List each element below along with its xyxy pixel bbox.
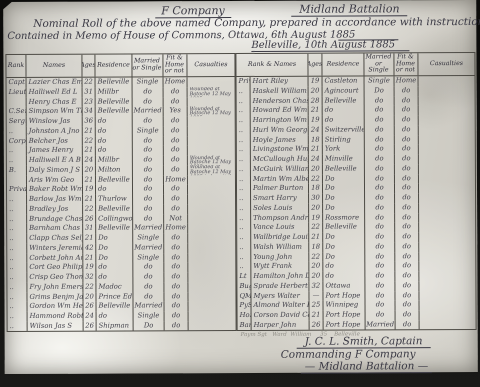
residence-cell: do (96, 136, 133, 146)
name-cell: Aris Wm Geo (27, 175, 83, 185)
name-cell: Winters Jeremiah (27, 243, 83, 253)
residence-cell: Do (96, 253, 133, 263)
age-cell: 21 (83, 234, 96, 244)
table-row: Band Harper John 26 Port Hope Married do (238, 320, 476, 331)
home-cell: do (395, 291, 419, 301)
casualty-cell (188, 136, 235, 146)
residence-cell: Belleville (323, 223, 365, 233)
casualty-cell (188, 116, 235, 126)
rank-cell: Corpl (7, 136, 27, 146)
casualty-cell: Wounded at Batoche 12 May 1885 (188, 87, 235, 97)
residence-cell: Port Hope (324, 320, 366, 330)
age-cell: 22 (309, 174, 323, 184)
casualty-cell (419, 144, 475, 154)
age-cell: 20 (83, 292, 96, 302)
casualty-cell (419, 154, 475, 164)
home-cell: do (395, 144, 419, 154)
age-cell: 24 (309, 155, 323, 165)
name-cell: Young John (251, 252, 309, 262)
name-cell: Harper John (252, 320, 310, 330)
residence-cell: do (96, 116, 133, 126)
married-cell: do (365, 281, 395, 291)
home-cell: do (395, 213, 419, 223)
rank-cell: .. (237, 116, 251, 126)
residence-cell: Ottawa (323, 281, 365, 291)
age-cell: 24 (83, 156, 96, 166)
married-cell: do (365, 135, 395, 145)
age-cell: 21 (310, 311, 324, 321)
residence-cell: Rossmore (323, 213, 365, 223)
home-cell: do (395, 203, 419, 213)
name-cell: Almond Walter Fred (251, 301, 309, 311)
residence-cell: Do (323, 193, 365, 203)
name-cell: Martin Wm Albert (251, 174, 309, 184)
age-cell: 28 (309, 96, 323, 106)
home-cell: do (395, 174, 419, 184)
age-cell: 19 (83, 185, 96, 195)
name-cell: Corson David Cameron (252, 311, 310, 321)
home-cell: do (395, 154, 419, 164)
rank-cell: .. (7, 214, 27, 224)
married-cell: do (365, 223, 395, 233)
age-cell: 20 (309, 272, 323, 282)
age-cell: 18 (309, 135, 323, 145)
age-cell: 24 (84, 312, 97, 322)
rank-cell: Lieut (7, 88, 27, 98)
residence-cell: Do (323, 232, 365, 242)
residence-cell: Milton (96, 165, 133, 175)
residence-cell: Stirling (323, 135, 365, 145)
casualty-cell (419, 134, 475, 144)
residence-cell: Belleville (96, 97, 133, 107)
residence-cell: Millbr (96, 155, 133, 165)
age-cell: 22 (83, 136, 96, 146)
home-cell: do (395, 242, 419, 252)
home-cell: Home (164, 77, 188, 87)
residence-cell: Belleville (323, 96, 365, 106)
residence-cell: Belleville (96, 107, 133, 117)
casualty-cell (419, 164, 475, 174)
name-cell: Palmer Burton (251, 184, 309, 194)
age-cell: 31 (83, 224, 96, 234)
home-cell: do (395, 135, 419, 145)
home-cell: Yes (164, 106, 188, 116)
rank-cell: Priv (237, 77, 251, 87)
table-header-left: Rank Names Ages Residence Married or Sin… (6, 54, 234, 78)
residence-cell: do (96, 263, 133, 273)
residence-cell: Millbr (96, 87, 133, 97)
rank-cell (7, 175, 27, 185)
name-cell: Myers Walter (251, 291, 309, 301)
married-cell: Married (366, 320, 396, 330)
residence-cell: Do (323, 252, 365, 262)
home-cell: do (396, 310, 420, 320)
name-cell: Grims Benjm Jas (27, 292, 83, 302)
residence-cell: do (96, 146, 133, 156)
age-cell: 42 (83, 243, 96, 253)
home-cell: do (395, 300, 419, 310)
married-cell: do (365, 271, 395, 281)
residence-cell: Belleville (96, 302, 133, 312)
age-cell: 26 (310, 320, 324, 330)
rank-cell: .. (7, 205, 27, 215)
name-cell: McGuirk William (251, 164, 309, 174)
name-cell: McCullough Hugh (251, 155, 309, 165)
casualty-cell (419, 193, 475, 203)
rank-cell: .. (8, 322, 28, 332)
residence-cell: Winnipeg (323, 301, 365, 311)
casualty-cell (419, 290, 475, 300)
residence-cell: Do (323, 242, 365, 252)
residence-cell: Port Hope (323, 291, 365, 301)
name-cell: Vance Louis (251, 223, 309, 233)
name-cell: Hoyle James (251, 135, 309, 145)
rank-cell: .. (237, 126, 251, 136)
rank-cell: .. (8, 312, 28, 322)
residence-cell: Castleton (323, 76, 365, 86)
name-cell: Hurl Wm George (251, 125, 309, 135)
name-cell: Simpson Wm Thos (27, 107, 83, 117)
rank-cell: B. (7, 166, 27, 176)
married-cell: Single (133, 126, 164, 136)
age-cell: 22 (83, 282, 96, 292)
rank-column-header: Rank (6, 55, 26, 77)
casualty-cell (188, 97, 235, 107)
age-cell: 31 (83, 87, 96, 97)
age-cell: 21 (83, 195, 96, 205)
age-cell: 21 (83, 126, 96, 136)
residence-cell: Do (323, 174, 365, 184)
residence-cell: Collingwood (96, 214, 133, 224)
married-cell: do (133, 136, 164, 146)
age-cell: 20 (83, 165, 96, 175)
married-cell: do (365, 232, 395, 242)
age-cell: 21 (83, 253, 96, 263)
name-cell: Cort Geo Philip (27, 263, 83, 273)
rank-cell: Capt (7, 78, 27, 88)
married-cell: do (366, 310, 396, 320)
residence-cell: Prince Edward (96, 292, 133, 302)
age-cell: 32 (83, 273, 96, 283)
name-cell: James Henry (27, 146, 83, 156)
casualty-cell (419, 281, 475, 291)
age-cell: 26 (84, 321, 97, 331)
rank-cell: .. (237, 87, 251, 97)
rank-cell: .. (7, 146, 27, 156)
age-cell: — (309, 291, 323, 301)
name-cell: Henry Chas E (27, 97, 83, 107)
rank-cell: .. (237, 106, 251, 116)
age-cell: 30 (309, 194, 323, 204)
rank-cell (7, 97, 27, 107)
residence-cell: do (323, 271, 365, 281)
rank-cell: .. (7, 263, 27, 273)
age-cell: 20 (309, 86, 323, 96)
name-cell: Gordon Wm Henry (28, 302, 84, 312)
home-cell: do (395, 164, 419, 174)
rank-names-column-header: Rank & Names (236, 54, 308, 76)
rank-cell: .. (7, 273, 27, 283)
age-cell: 18 (309, 242, 323, 252)
name-cell: Baker Robt Wm (27, 185, 83, 195)
name-cell: Wilson Jas S (28, 321, 84, 331)
married-cell: Single (133, 77, 164, 87)
residence-cell: do (96, 126, 133, 136)
married-cell: do (365, 145, 395, 155)
residence-cell: Switzerville (323, 125, 365, 135)
married-cell: do (365, 164, 395, 174)
residence-column-header: Residence (95, 54, 132, 76)
residence-cell: do (323, 262, 365, 272)
casualty-cell (188, 77, 235, 87)
name-cell: Howard Ed Wm Robt (251, 106, 309, 116)
age-cell: 36 (83, 117, 96, 127)
casualty-cell (419, 173, 475, 183)
home-cell: do (395, 252, 419, 262)
residence-cell: do (96, 185, 133, 195)
home-cell: do (164, 97, 188, 107)
age-cell: 20 (309, 203, 323, 213)
ages-column-header: Ages (308, 54, 322, 76)
name-cell: Belcher Jos (27, 136, 83, 146)
name-cell: Livingstone Wm (251, 145, 309, 155)
age-cell: 26 (83, 214, 96, 224)
casualty-cell (420, 310, 476, 320)
residence-cell: Agincourt (323, 86, 365, 96)
place-date: Belleville, 10th August 1885 (251, 39, 409, 52)
married-cell: do (133, 97, 164, 107)
age-cell: 21 (83, 146, 96, 156)
home-cell: do (164, 136, 188, 146)
rank-cell: .. (7, 244, 27, 254)
title-line: Nominal Roll of the above named Company,… (33, 16, 480, 30)
name-cell: Harrington Wm (251, 116, 309, 126)
married-cell: do (365, 242, 395, 252)
residence-cell: Do (323, 203, 365, 213)
age-cell: 19 (309, 213, 323, 223)
casualty-cell (419, 222, 475, 232)
residence-cell: Shipman (97, 321, 134, 331)
signature-battalion-line: — Midland Battalion — (301, 360, 432, 374)
home-cell: do (395, 222, 419, 232)
age-cell: 23 (83, 97, 96, 107)
name-cell: Lazier Chas Emers (27, 78, 83, 88)
age-cell: 21 (83, 175, 96, 185)
paper-stain (383, 60, 473, 130)
residence-cell: Do (96, 233, 133, 243)
name-cell: Corbett John Angl (27, 253, 83, 263)
rank-cell: .. (7, 292, 27, 302)
married-cell: do (365, 262, 395, 272)
age-cell: 19 (309, 77, 323, 87)
rank-cell: .. (7, 156, 27, 166)
age-cell: 19 (83, 263, 96, 273)
home-cell: do (164, 126, 188, 136)
residence-cell: Belleville (96, 77, 133, 87)
name-cell: Barlow Jas Wm (27, 195, 83, 205)
married-cell: do (365, 301, 395, 311)
married-cell: do (133, 116, 164, 126)
name-cell: Wallbridge Louis (251, 233, 309, 243)
rank-cell: .. (7, 195, 27, 205)
age-cell: 22 (309, 252, 323, 262)
casualty-cell (419, 183, 475, 193)
casualty-cell (188, 126, 235, 136)
home-cell: do (395, 232, 419, 242)
married-cell: do (365, 154, 395, 164)
residence-cell: Port Hope (324, 310, 366, 320)
married-cell: do (365, 213, 395, 223)
name-cell: Thompson Andrew (251, 213, 309, 223)
name-cell: Hamilton John D (251, 272, 309, 282)
name-cell: Walsh William (251, 242, 309, 252)
home-cell: do (396, 320, 420, 330)
casualty-cell: Wounded at Batoche 12 May 1885 (188, 106, 235, 116)
name-cell: Sprade Herbert (251, 281, 309, 291)
name-cell: Barnham Chas W (27, 224, 83, 234)
residence-cell: Belleville (323, 164, 365, 174)
paper-stain (154, 151, 245, 351)
name-cell: Wytt Frank (251, 262, 309, 272)
name-cell: Hart Riley (251, 77, 309, 87)
age-cell: 19 (309, 116, 323, 126)
names-column-header: Names (26, 55, 82, 77)
signature-command-line: Commanding F Company (281, 348, 416, 361)
ages-column-header: Ages (82, 55, 95, 77)
rank-cell: .. (7, 253, 27, 263)
residence-cell: Belleville (96, 224, 133, 234)
home-cell: do (164, 87, 188, 97)
rank-cell: Private (7, 185, 27, 195)
rank-cell: C.Serg (7, 107, 27, 117)
residence-cell: Minville (323, 154, 365, 164)
age-cell: 22 (309, 223, 323, 233)
casualty-cell (419, 251, 475, 261)
age-cell: 21 (309, 145, 323, 155)
name-cell: Crisp Geo Thomas (27, 273, 83, 283)
rank-cell: .. (7, 283, 27, 293)
home-cell: do (164, 116, 188, 126)
name-cell: Soles Louis (251, 203, 309, 213)
home-cell: do (395, 193, 419, 203)
rank-cell: .. (237, 135, 251, 145)
name-cell: Bradley Jos (27, 204, 83, 214)
residence-cell: do (96, 272, 133, 282)
age-cell: 22 (83, 204, 96, 214)
rank-cell: Sergt (7, 117, 27, 127)
casualties-column-header: Casualties (187, 54, 234, 76)
age-cell: 20 (309, 262, 323, 272)
age-cell: 26 (84, 302, 97, 312)
casualty-cell (419, 232, 475, 242)
name-cell: Smart Harry (251, 194, 309, 204)
name-cell: Daly Simon J S (27, 165, 83, 175)
name-cell: Fry John Emerson (27, 282, 83, 292)
married-cell: do (365, 174, 395, 184)
casualty-cell (419, 300, 475, 310)
married-cell: Married (133, 107, 164, 117)
rank-cell: .. (7, 224, 27, 234)
name-cell: Henderson Chas Geo (251, 96, 309, 106)
age-cell: 25 (309, 301, 323, 311)
age-cell: 20 (309, 164, 323, 174)
rank-cell: .. (237, 96, 251, 106)
casualty-cell (419, 271, 475, 281)
residence-cell: Belleville (96, 204, 133, 214)
name-cell: Halliwell E A B (27, 156, 83, 166)
name-cell: Johnston A Jno (27, 126, 83, 136)
married-column-header: Married or Single (132, 54, 163, 76)
home-cell: do (395, 261, 419, 271)
residence-cell: Thurlow (96, 194, 133, 204)
casualty-cell (419, 261, 475, 271)
casualty-cell (420, 320, 476, 330)
residence-cell: York (323, 145, 365, 155)
rank-cell: .. (8, 302, 28, 312)
name-cell: Clapp Chas Selym (27, 234, 83, 244)
name-cell: Haskell William (251, 86, 309, 96)
residence-cell: Madoc (96, 282, 133, 292)
residence-cell: Do (96, 243, 133, 253)
residence-column-header: Residence (322, 53, 364, 75)
age-cell: 21 (309, 106, 323, 116)
residence-cell: do (97, 311, 134, 321)
casualty-cell (419, 212, 475, 222)
paper-sheet: F Company Midland Battalion Nominal Roll… (3, 0, 478, 374)
residence-cell: Belleville (96, 175, 133, 185)
age-cell: 22 (83, 78, 96, 88)
residence-cell: do (323, 106, 365, 116)
rank-cell: .. (7, 234, 27, 244)
married-cell: do (365, 203, 395, 213)
married-cell: do (365, 252, 395, 262)
married-cell: do (365, 193, 395, 203)
residence-cell: Do (323, 184, 365, 194)
scanned-document: F Company Midland Battalion Nominal Roll… (0, 0, 480, 387)
home-cell: do (395, 271, 419, 281)
married-cell: do (365, 184, 395, 194)
casualty-cell (419, 203, 475, 213)
home-cell: do (395, 183, 419, 193)
battalion-title: Midland Battalion (291, 2, 407, 17)
age-cell: 34 (83, 107, 96, 117)
casualty-cell (419, 242, 475, 252)
name-cell: Hammond Robt (28, 312, 84, 322)
age-cell: 18 (309, 184, 323, 194)
residence-cell: do (323, 115, 365, 125)
home-column-header: Fit & Home or not (163, 54, 187, 76)
age-cell: 32 (309, 281, 323, 291)
home-cell: do (395, 281, 419, 291)
rank-cell: .. (7, 127, 27, 137)
signature-name: J. C. L. Smith, Captain (297, 335, 431, 349)
name-cell: Winslow Jas (27, 117, 83, 127)
name-cell: Brundage Chas W (27, 214, 83, 224)
married-cell: do (133, 87, 164, 97)
age-cell: 21 (309, 233, 323, 243)
name-cell: Halliwell Ed L (27, 87, 83, 97)
married-cell: do (365, 291, 395, 301)
age-cell: 24 (309, 125, 323, 135)
